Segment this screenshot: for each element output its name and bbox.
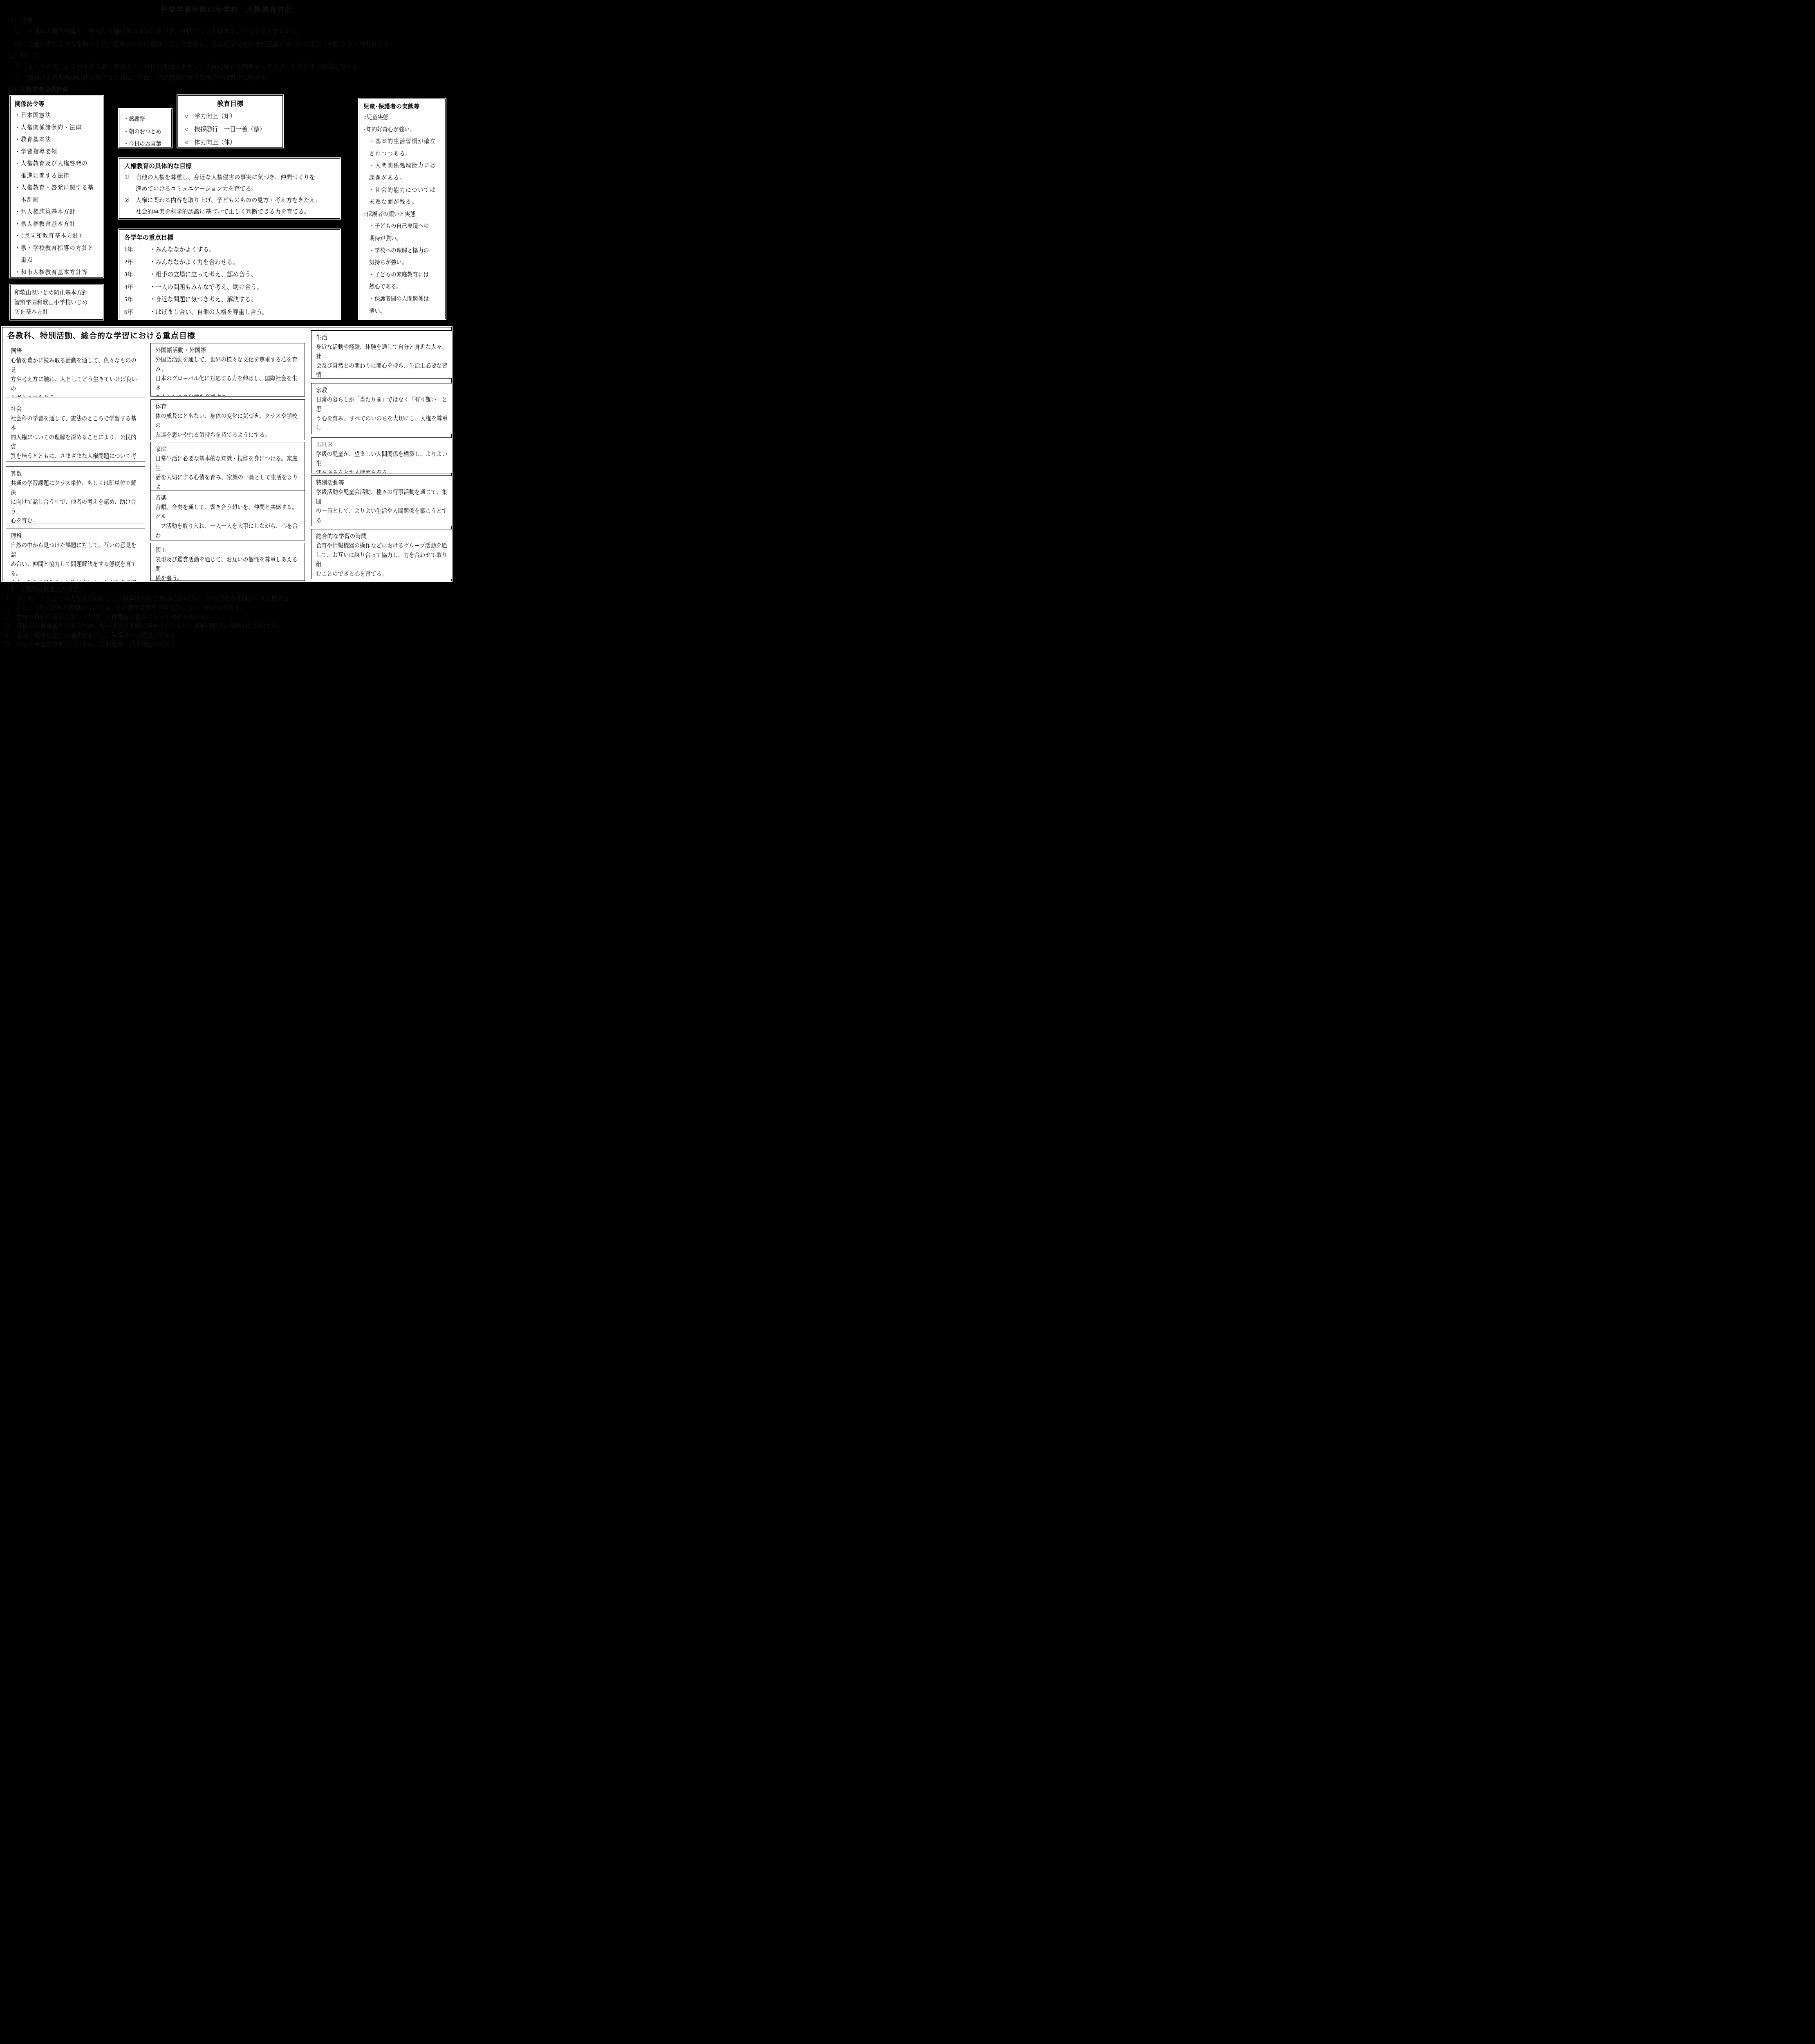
subject-box: 国語 心情を豊かに読み取る活動を通して、色々なものの見 方や考え方に触れ、人とし… (6, 344, 145, 397)
subject-box: 特別活動等 学級活動や児童会活動、種々の行事活動を通じて、集団 の一員として、よ… (311, 475, 452, 526)
subjects-column-2: 外国語活動・外国語 外国語活動を通して、世界の様々な文化を尊重する心を育み、 日… (150, 327, 305, 581)
condition-line: ・保護者間の人間関係は (363, 293, 444, 305)
grade-label: 4年 (124, 281, 150, 294)
bullying-policy-line: 智辯学園和歌山小学校いじめ (14, 298, 103, 307)
hr-education-goals-list: ① 自他の人権を尊重し、身近な人権侵害の事実に気づき、仲間づくりを 進めていける… (124, 172, 336, 217)
grade-goal-text: ・はげまし合い、自他の人格を尊重し合う。 (150, 306, 268, 319)
school-observances-box: ・感謝祭・朝のおつとめ・今日のお言葉 (119, 109, 172, 148)
condition-line: 気持ちが強い。 (363, 256, 444, 269)
condition-line: ○保護者の願いと実態 (363, 208, 444, 220)
grade-goals-box: 各学年の重点目標 1年 ・みんななかよくする。 2年 ・みんななかよく力を合わせ… (119, 229, 340, 319)
subject-title: 社会 (11, 404, 141, 414)
hr-goal-item: ② 人権に関わる内容を取り上げ、子どものものの見方・考え方をきたえ、 社会的事実… (124, 195, 336, 217)
hr-education-goals-box: 人権教育の具体的な目標 ① 自他の人権を尊重し、身近な人権侵害の事実に気づき、仲… (119, 158, 340, 219)
condition-line: 熱心である。 (363, 280, 444, 293)
subject-title: 理科 (11, 531, 141, 540)
law-item: ・和市人権教育基本方針等 (15, 266, 101, 278)
condition-line: ○児童実態 (363, 111, 444, 123)
subject-goal-text: 学級活動や児童会活動、種々の行事活動を通じて、集団 の一員として、よりよい生活や… (316, 487, 448, 526)
subject-goal-text: 学級の児童が、望ましい人間関係を構築し、よりよい生 活を送ろうとする態度を養う。 (316, 449, 448, 473)
condition-line: 薄い。 (363, 305, 444, 317)
subject-box: 家庭 日常生活に必要な基本的な知識・技能を身につける。家庭生 活を大切にする心情… (150, 442, 305, 491)
school-observances-list: ・感謝祭・朝のおつとめ・今日のお言葉 (123, 113, 171, 150)
footer-note-line: （4）人権教育推進上の留意点 (4, 585, 451, 594)
subject-goal-text: 体の成長にともない、身体の変化に気づき、クラスや学校の 友達を思いやれる気持ちを… (155, 411, 300, 439)
effort-2-text: ② 職員は人権教育の研修に努めると共に、学級・学年懇談会等で保護者への啓発に努め… (15, 73, 273, 82)
subject-box: 理科 自然の中から見つけた課題に対して、互いの意見を認 め合い、仲間と協力して問… (6, 529, 145, 581)
subject-title: 家庭 (155, 444, 300, 454)
subject-title: 特別活動等 (316, 478, 448, 487)
condition-line: ・学校への理解と協力の (363, 244, 444, 257)
education-goal-item: ○ 挨拶励行 一日一善（徳） (178, 123, 282, 136)
condition-line: ・子どもの家庭教育には (363, 269, 444, 281)
subjects-column-1: 国語 心情を豊かに読み取る活動を通して、色々なものの見 方や考え方に触れ、人とし… (6, 327, 145, 581)
condition-line: ・人間関係処理能力には (363, 159, 444, 172)
hr-goal-number: ② (124, 195, 136, 217)
footer-notes: （4）人権教育推進上の留意点① 子ども一人ひとりの人権を大切にし、学級集団の中で… (4, 585, 451, 650)
law-item: ・日本国憲法 (15, 109, 101, 121)
grade-goal-text: ・身近な問題に気づき考え、解決する。 (150, 294, 257, 306)
document-title: 智辯学園和歌山小学校 人権教育方針 (0, 4, 454, 14)
subject-box: 算数 共通の学習課題にクラス単位、もしくは班単位で解決 に向けて話し合う中で、他… (6, 466, 145, 524)
section-1-label: （1）目標 (4, 16, 32, 25)
grade-goal-row: 1年 ・みんななかよくする。 (124, 244, 336, 256)
grade-label: 6年 (124, 306, 150, 319)
subject-title: 算数 (11, 469, 141, 478)
condition-line: されつつある。 (363, 148, 444, 160)
subject-goal-text: 身近な活動や経験、体験を通して自分と身近な人々、社 会及び自然との関わりに関心を… (316, 342, 448, 379)
grade-label: 3年 (124, 269, 150, 281)
hr-goal-text: 自他の人権を尊重し、身近な人権侵害の事実に気づき、仲間づくりを 進めていけるコミ… (136, 172, 315, 195)
hr-goal-item: ① 自他の人権を尊重し、身近な人権侵害の事実に気づき、仲間づくりを 進めていける… (124, 172, 336, 195)
law-item: ・（県同和教育基本方針） (15, 230, 101, 242)
section-2-label: （2）努力点 (4, 51, 38, 60)
goal-2-text: ② 人権に関わる内容を取り上げ、児童のものの見方・考え方を鍛え、社会的事実を科学… (15, 40, 395, 48)
subject-box: 外国語活動・外国語 外国語活動を通して、世界の様々な文化を尊重する心を育み、 日… (150, 343, 305, 397)
education-goals-list: ○ 学力向上（知）○ 挨拶励行 一日一善（徳）○ 体力向上（体） (178, 110, 282, 149)
subject-goal-text: 外国語活動を通して、世界の様々な文化を尊重する心を育み、 日本のグローバル化に対… (155, 355, 300, 397)
subject-title: 総合的な学習の時間 (316, 531, 448, 541)
condition-line: ･知的好奇心が強い。 (363, 123, 444, 136)
children-guardians-title: 児童･保護者の実態等 (363, 102, 444, 110)
law-item: ・県人権教育基本方針 (15, 218, 101, 230)
education-goals-box: 教育目標 ○ 学力向上（知）○ 挨拶励行 一日一善（徳）○ 体力向上（体） (177, 95, 283, 148)
subject-goal-text: 合唱、合奏を通して、響き合う想いを、仲間と共感する。グル ープ活動を取り入れ、一… (155, 502, 300, 540)
related-laws-title: 関係法令等 (15, 99, 101, 108)
grade-goal-row: 5年 ・身近な問題に気づき考え、解決する。 (124, 294, 336, 306)
grade-goal-row: 3年 ・相手の立場に立って考え、認め合う。 (124, 269, 336, 281)
children-guardians-list: ○児童実態･知的好奇心が強い。・基本的生活習慣が確立されつつある。・人間関係処理… (363, 111, 444, 317)
bullying-policy-line: 防止基本方針 (14, 307, 103, 317)
law-item: ・人権教育・啓発に関する基 (15, 182, 101, 194)
condition-line: ・社会的能力については (363, 184, 444, 196)
subject-goal-text: 食育や情報機器の操作などにおけるグループ活動を通 して、お互いに譲り合って協力し… (316, 541, 448, 578)
law-item: ・教育基本法 (15, 133, 101, 146)
subject-box: 総合的な学習の時間 食育や情報機器の操作などにおけるグループ活動を通 して、お互… (311, 529, 452, 579)
grade-goals-title: 各学年の重点目標 (124, 233, 336, 242)
footer-note-line: ④ 家庭・地域社会との連携を密にし、保護者への啓発に努める。 (4, 631, 451, 641)
law-item: ・人権関係諸条約・法律 (15, 121, 101, 134)
hr-goal-number: ① (124, 172, 136, 195)
bullying-policy-line: 和歌山県いじめ防止基本方針 (14, 288, 103, 298)
grade-goal-text: ・みんななかよくする。 (150, 244, 215, 256)
subject-goal-text: 社会科の学習を通して、憲法のところで学習する基本 的人権についての理解を深めるこ… (11, 414, 141, 462)
subject-box: 宗教 日常の暮らしが「当たり前」ではなく「有り難い」と思 う心を育み、すべてのい… (311, 383, 452, 434)
subject-title: 図工 (155, 545, 300, 555)
subject-title: 国語 (11, 346, 141, 356)
condition-line: 期待が強い。 (363, 232, 444, 244)
footer-note-line: ② 教材・資料の選定にあたっては、人権尊重の視点に立って検討を加える。 (4, 613, 451, 622)
subject-goal-text: 自然の中から見つけた課題に対して、互いの意見を認 め合い、仲間と協力して問題解決… (11, 540, 141, 581)
subject-box: ＬＨＲ 学級の児童が、望ましい人間関係を構築し、よりよい生 活を送ろうとする態度… (311, 437, 452, 473)
footer-note-line: ⑤ いじめや差別事象については、早期発見・早期対応に努める。 (4, 640, 451, 650)
grade-label: 1年 (124, 244, 150, 256)
subjects-column-3: 生活 身近な活動や経験、体験を通して自分と身近な人々、社 会及び自然との関わりに… (311, 327, 452, 581)
law-item: ・人権教育及び人権啓発の (15, 157, 101, 170)
law-item: ・県・学校教育指導の方針と (15, 242, 101, 254)
observance-item: ・感謝祭 (123, 113, 171, 126)
law-item: ・学習指導要領 (15, 146, 101, 158)
subject-title: 生活 (316, 333, 448, 342)
subject-title: 体育 (155, 402, 300, 411)
subject-title: 宗教 (316, 385, 448, 395)
subject-goal-text: 日常生活に必要な基本的な知識・技能を身につける。家庭生 活を大切にする心情を育み… (155, 454, 300, 491)
footer-note-line: また、人権に関わる問題については、その都度学級や学年で話し合い、解決に努める。 (4, 603, 451, 613)
subject-title: ＬＨＲ (316, 440, 448, 449)
children-guardians-box: 児童･保護者の実態等 ○児童実態･知的好奇心が強い。・基本的生活習慣が確立されつ… (359, 99, 446, 319)
subject-goal-text: 表現及び鑑賞活動を通じて、お互いの個性を尊重しあえる関 係を養う。 (155, 555, 300, 581)
bullying-policy-box: 和歌山県いじめ防止基本方針智辯学園和歌山小学校いじめ防止基本方針 (10, 285, 103, 320)
hr-goal-text: 人権に関わる内容を取り上げ、子どものものの見方・考え方をきたえ、 社会的事実を科… (136, 195, 321, 217)
footer-note-line: ① 子ども一人ひとりの人権を大切にし、学級集団の中で互いに認め合い、高め合える仲… (4, 594, 451, 604)
education-goals-title: 教育目標 (178, 99, 282, 108)
section-3-label: （3）人権教育全体計画 (4, 85, 69, 94)
related-laws-list: ・日本国憲法・人権関係諸条約・法律・教育基本法・学習指導要領・人権教育及び人権啓… (15, 109, 101, 278)
subjects-goals-box: 各教科、特別活動、総合的な学習における重点目標 国語 心情を豊かに読み取る活動を… (2, 327, 452, 581)
condition-line: ・子どもの自己実現への (363, 220, 444, 232)
hr-education-goals-title: 人権教育の具体的な目標 (124, 161, 336, 170)
effort-1-text: ① 子どもが楽しい学校生活を過ごせるよう、毎日の生活を把握し、人権に関わる問題を… (15, 62, 364, 71)
grade-goal-text: ・相手の立場に立って考え、認め合う。 (150, 269, 257, 281)
grade-label: 2年 (124, 256, 150, 269)
law-item: ・県人権施策基本方針 (15, 206, 101, 218)
grade-goal-row: 4年 ・一人の問題もみんなで考え、助け合う。 (124, 281, 336, 294)
subject-box: 音楽 合唱、合奏を通して、響き合う想いを、仲間と共感する。グル ープ活動を取り入… (150, 491, 305, 540)
grade-goal-row: 6年 ・はげまし合い、自他の人格を尊重し合う。 (124, 306, 336, 319)
subject-goal-text: 心情を豊かに読み取る活動を通して、色々なものの見 方や考え方に触れ、人としてどう… (11, 356, 141, 397)
education-goal-item: ○ 体力向上（体） (178, 136, 282, 149)
document-page: 智辯学園和歌山小学校 人権教育方針 （1）目標 ① 自他の人権を尊重し、身近な人… (0, 0, 454, 650)
subject-goal-text: 共通の学習課題にクラス単位、もしくは班単位で解決 に向けて話し合う中で、他者の考… (11, 478, 141, 524)
condition-line: 課題がある。 (363, 172, 444, 184)
bullying-policy-lines: 和歌山県いじめ防止基本方針智辯学園和歌山小学校いじめ防止基本方針 (14, 288, 103, 317)
subject-title: 音楽 (155, 493, 300, 502)
condition-line: 未熟な面が残る。 (363, 196, 444, 208)
subject-goal-text: 日常の暮らしが「当たり前」ではなく「有り難い」と思 う心を育み、すべてのいのちを… (316, 395, 448, 434)
grade-goal-text: ・一人の問題もみんなで考え、助け合う。 (150, 281, 262, 294)
subject-box: 体育 体の成長にともない、身体の変化に気づき、クラスや学校の 友達を思いやれる気… (150, 399, 305, 440)
observance-item: ・朝のおつとめ (123, 126, 171, 138)
law-item: 本計画 (15, 194, 101, 206)
grade-label: 5年 (124, 294, 150, 306)
subject-box: 図工 表現及び鑑賞活動を通じて、お互いの個性を尊重しあえる関 係を養う。 (150, 543, 305, 581)
subject-box: 社会 社会科の学習を通して、憲法のところで学習する基本 的人権についての理解を深… (6, 402, 145, 462)
goal-1-text: ① 自他の人権を尊重し、身近な人権侵害の事実に気づき、仲間づくりを進めていける子… (15, 27, 303, 35)
grade-goal-row: 2年 ・みんななかよく力を合わせる。 (124, 256, 336, 269)
subject-title: 外国語活動・外国語 (155, 345, 300, 355)
condition-line: ・基本的生活習慣が確立 (363, 135, 444, 148)
subject-box: 生活 身近な活動や経験、体験を通して自分と身近な人々、社 会及び自然との関わりに… (311, 330, 452, 379)
related-laws-box: 関係法令等 ・日本国憲法・人権関係諸条約・法律・教育基本法・学習指導要領・人権教… (10, 96, 103, 278)
law-item: 推進に関する法律 (15, 170, 101, 182)
grade-goals-list: 1年 ・みんななかよくする。 2年 ・みんななかよく力を合わせる。 3年 ・相手… (124, 244, 336, 318)
grade-goal-text: ・みんななかよく力を合わせる。 (150, 256, 239, 269)
footer-note-line: ③ 職員の人権意識を高めるため、校内研修の充実に努めるとともに、各種研修会に積極… (4, 622, 451, 631)
observance-item: ・今日のお言葉 (123, 138, 171, 150)
education-goal-item: ○ 学力向上（知） (178, 110, 282, 123)
law-item: 重点 (15, 254, 101, 266)
